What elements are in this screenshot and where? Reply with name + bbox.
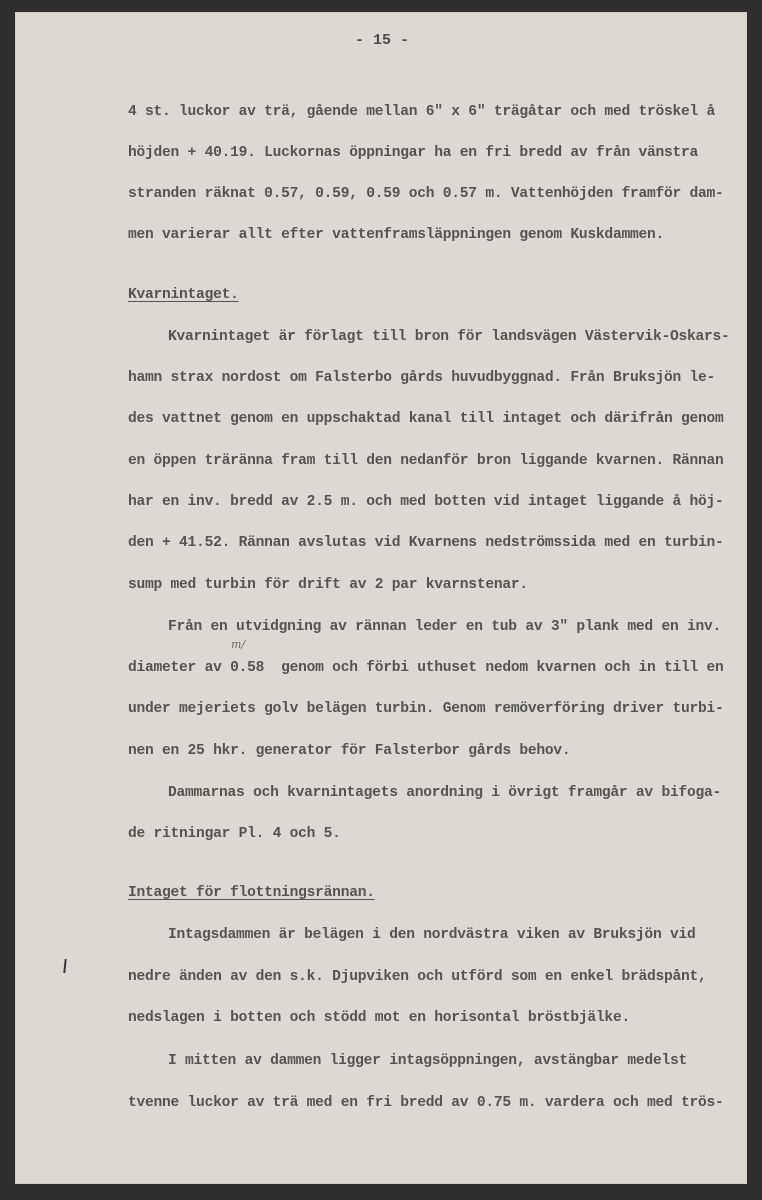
text-line: I mitten av dammen ligger intagsöppninge… bbox=[168, 1051, 687, 1071]
text-line: har en inv. bredd av 2.5 m. och med bott… bbox=[128, 492, 724, 512]
text-line: des vattnet genom en uppschaktad kanal t… bbox=[128, 409, 724, 429]
text-line: höjden + 40.19. Luckornas öppningar ha e… bbox=[128, 143, 698, 163]
text-line: stranden räknat 0.57, 0.59, 0.59 och 0.5… bbox=[128, 184, 724, 204]
text-line: 4 st. luckor av trä, gående mellan 6" x … bbox=[128, 102, 715, 122]
page-number: - 15 - bbox=[355, 32, 409, 49]
text-line: Dammarnas och kvarnintagets anordning i … bbox=[168, 783, 721, 803]
text-line: diameter av 0.58 genom och förbi uthuset… bbox=[128, 658, 724, 678]
text-line: en öppen träränna fram till den nedanför… bbox=[128, 451, 724, 471]
text-line: den + 41.52. Rännan avslutas vid Kvarnen… bbox=[128, 533, 724, 553]
text-line: nen en 25 hkr. generator för Falsterbor … bbox=[128, 741, 570, 761]
text-line: under mejeriets golv belägen turbin. Gen… bbox=[128, 699, 724, 719]
text-line: Från en utvidgning av rännan leder en tu… bbox=[168, 617, 721, 637]
margin-mark bbox=[63, 959, 66, 973]
text-line: hamn strax nordost om Falsterbo gårds hu… bbox=[128, 368, 715, 388]
text-line: sump med turbin för drift av 2 par kvarn… bbox=[128, 575, 528, 595]
text-line: men varierar allt efter vattenframsläppn… bbox=[128, 225, 664, 245]
handwritten-annotation: m/ bbox=[231, 638, 245, 651]
text-line: Kvarnintaget är förlagt till bron för la… bbox=[168, 327, 730, 347]
text-line: nedslagen i botten och stödd mot en hori… bbox=[128, 1008, 630, 1028]
section-heading-kvarnintaget: Kvarnintaget. bbox=[128, 285, 239, 305]
text-line: nedre änden av den s.k. Djupviken och ut… bbox=[128, 967, 707, 987]
text-line: tvenne luckor av trä med en fri bredd av… bbox=[128, 1093, 724, 1113]
document-page: - 15 - 4 st. luckor av trä, gående mella… bbox=[15, 12, 747, 1184]
text-line: Intagsdammen är belägen i den nordvästra… bbox=[168, 925, 695, 945]
text-line: de ritningar Pl. 4 och 5. bbox=[128, 824, 341, 844]
section-heading-intaget: Intaget för flottningsrännan. bbox=[128, 883, 375, 903]
